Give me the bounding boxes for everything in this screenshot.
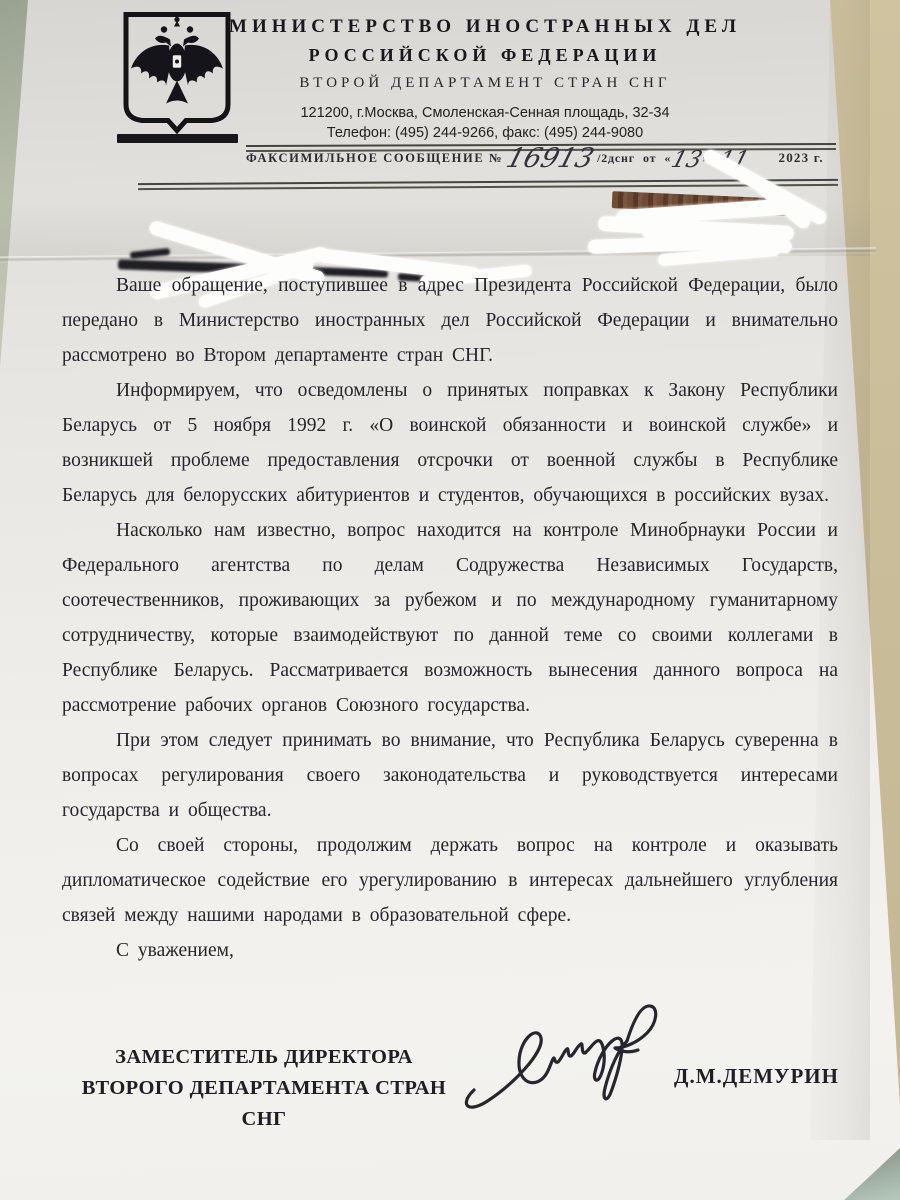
fax-year-label: 2023 г. [779,150,824,169]
fax-message-label: ФАКСИМИЛЬНОЕ СООБЩЕНИЕ № [246,151,503,169]
fax-registration-line: ФАКСИМИЛЬНОЕ СООБЩЕНИЕ № 16913 /2дснг от… [246,149,846,169]
fax-number-handwritten: 16913 [504,149,596,169]
fax-ot-label: от [643,151,656,169]
signer-title-line2: ВТОРОГО ДЕПАРТАМЕНТА СТРАН СНГ [58,1073,470,1135]
ministry-name-line2: РОССИЙСКОЙ ФЕДЕРАЦИИ [200,45,770,66]
closing-salutation: С уважением, [62,933,838,968]
paragraph-5: Со своей стороны, продолжим держать вопр… [62,828,838,933]
fax-day-handwritten: 13 [670,151,704,169]
handwritten-signature-icon [456,995,694,1123]
department-name: ВТОРОЙ ДЕПАРТАМЕНТ СТРАН СНГ [200,75,770,92]
fax-dept-code: /2дснг [597,151,635,169]
signer-title: ЗАМЕСТИТЕЛЬ ДИРЕКТОРА ВТОРОГО ДЕПАРТАМЕН… [58,1042,470,1135]
signer-name: Д.М.ДЕМУРИН [674,1064,839,1089]
letterhead-phone-fax: Телефон: (495) 244-9266, факс: (495) 244… [200,125,770,141]
paragraph-1: Ваше обращение, поступившее в адрес През… [62,268,838,373]
signer-title-line1: ЗАМЕСТИТЕЛЬ ДИРЕКТОРА [58,1042,470,1073]
paragraph-3: Насколько нам известно, вопрос находится… [62,513,838,723]
letterhead: МИНИСТЕРСТВО ИНОСТРАННЫХ ДЕЛ РОССИЙСКОЙ … [200,16,770,141]
letterhead-address: 121200, г.Москва, Смоленская-Сенная площ… [200,105,770,121]
letter-body: Ваше обращение, поступившее в адрес През… [62,268,838,968]
paragraph-2: Информируем, что осведомлены о принятых … [62,373,838,513]
paragraph-4: При этом следует принимать во внимание, … [62,723,838,828]
ministry-name-line1: МИНИСТЕРСТВО ИНОСТРАННЫХ ДЕЛ [200,16,770,38]
